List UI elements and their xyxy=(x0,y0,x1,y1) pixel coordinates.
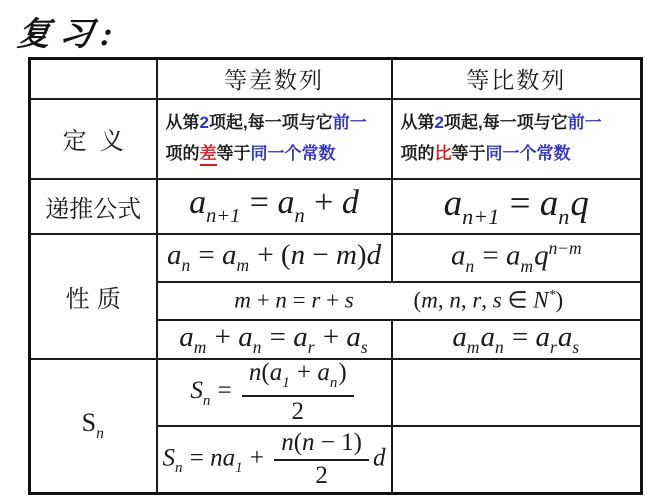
formula-token: + xyxy=(251,288,275,313)
formula-token: ) xyxy=(338,359,346,386)
formula-token: na xyxy=(210,444,235,471)
formula-token: n xyxy=(275,288,287,313)
formula-token: d xyxy=(367,239,382,271)
formula-token: n xyxy=(281,429,294,456)
formula-token: m xyxy=(234,288,251,313)
formula-token: N xyxy=(533,288,548,313)
text-segment: 项起,每一项与它 xyxy=(209,113,333,132)
formula-token: a xyxy=(346,321,361,353)
cell-sum-formula-2: Sn = na1 + n(n − 1)2d xyxy=(157,426,392,493)
text-segment: 项的 xyxy=(166,144,200,163)
header-cell-empty xyxy=(30,59,157,99)
cell-definition-arithmetic: 从第2项起,每一项与它前一项的差等于同一个常数 xyxy=(157,99,392,179)
formula-token: + xyxy=(291,359,318,386)
formula-token: S xyxy=(82,408,96,437)
sum-row-1: Sn Sn = n(a1 + an)2 xyxy=(30,359,642,426)
formula-token: n xyxy=(302,429,315,456)
cell-sum-formula-1: Sn = n(a1 + an)2 xyxy=(157,359,392,426)
formula-token: − 1) xyxy=(315,429,362,456)
formula-token: m xyxy=(421,288,438,313)
text-segment: 2 xyxy=(200,113,209,132)
cell-recurrence-arithmetic: an+1 = an + d xyxy=(157,179,392,234)
formula-token: + xyxy=(306,184,342,221)
formula-token: n xyxy=(465,256,474,276)
cell-definition-geometric: 从第2项起,每一项与它前一项的比等于同一个常数 xyxy=(392,99,642,179)
formula-token: + ( xyxy=(250,239,291,271)
formula-token: − xyxy=(305,239,336,271)
formula-token: m xyxy=(194,337,207,357)
formula-token: m xyxy=(237,255,250,275)
formula-token: n xyxy=(249,359,262,386)
formula-token: = xyxy=(191,239,222,271)
formula-token: = xyxy=(241,184,277,221)
formula-token: a xyxy=(277,184,294,221)
formula-token: s xyxy=(361,337,368,357)
sequence-comparison-table: 等差数列 等比数列 定义 从第2项起,每一项与它前一项的差等于同一个常数 从第2… xyxy=(28,57,643,495)
formula-token: n xyxy=(253,337,262,357)
formula-token: n+1 xyxy=(462,204,499,229)
header-cell-geometric: 等比数列 xyxy=(392,59,642,99)
cell-sum-geometric-empty-1 xyxy=(392,359,642,426)
definition-row: 定义 从第2项起,每一项与它前一项的差等于同一个常数 从第2项起,每一项与它前一… xyxy=(30,99,642,179)
page-title: 复习: xyxy=(15,8,126,55)
formula-token: a xyxy=(270,359,283,386)
formula-token: a xyxy=(452,321,467,353)
header-cell-arithmetic: 等差数列 xyxy=(157,59,392,99)
formula-token: n xyxy=(294,205,304,227)
formula-token: r xyxy=(311,288,320,313)
formula-token: = xyxy=(287,288,311,313)
text-segment: 等于 xyxy=(217,144,251,163)
text-segment: 同一个常数 xyxy=(486,144,571,163)
formula-token: r xyxy=(550,337,557,357)
label-properties: 性质 xyxy=(30,234,157,360)
formula-token: n xyxy=(291,239,306,271)
property-row-1: 性质 an = am + (n − m)d an = amqn−m xyxy=(30,234,642,282)
formula-token: + xyxy=(320,288,344,313)
formula-token: , xyxy=(438,288,450,313)
cell-sum-geometric-empty-2 xyxy=(392,426,642,493)
formula-token: n xyxy=(558,204,569,229)
text-segment: 前一 xyxy=(568,113,602,132)
cell-property-indices: m + n = r + s(m, n, r, s ∈ N*) xyxy=(157,282,642,320)
formula-token: n xyxy=(449,288,461,313)
formula-token: 2 xyxy=(315,462,328,489)
text-segment: 从第 xyxy=(401,113,435,132)
text-segment: 差 xyxy=(200,144,217,166)
fraction: n(n − 1)2 xyxy=(274,430,369,490)
formula-token: n xyxy=(181,255,190,275)
formula-token: * xyxy=(549,287,556,302)
formula-token: r xyxy=(472,288,481,313)
formula-token: a xyxy=(179,321,194,353)
header-row: 等差数列 等比数列 xyxy=(30,59,642,99)
formula-token: a xyxy=(540,183,559,224)
cell-property-arithmetic: an = am + (n − m)d xyxy=(157,234,392,282)
recurrence-row: 递推公式 an+1 = an + d an+1 = anq xyxy=(30,179,642,234)
formula-token: a xyxy=(506,239,521,271)
formula-token: 2 xyxy=(292,398,305,425)
formula-token: n+1 xyxy=(206,205,240,227)
label-recurrence: 递推公式 xyxy=(30,179,157,234)
formula-token: a xyxy=(317,359,330,386)
formula-token: = xyxy=(500,183,539,224)
formula-token: d xyxy=(373,444,386,471)
text-segment: 项的 xyxy=(401,144,435,163)
text-segment: 2 xyxy=(435,113,444,132)
formula-token: n xyxy=(330,375,338,391)
formula-token: m xyxy=(336,239,357,271)
formula-token: a xyxy=(558,321,573,353)
formula-token: , xyxy=(461,288,473,313)
label-sum: Sn xyxy=(30,359,157,493)
formula-token: = xyxy=(211,377,238,404)
formula-token: , xyxy=(481,288,493,313)
formula-token: d xyxy=(342,184,359,221)
formula-token: = xyxy=(184,444,211,471)
formula-token: a xyxy=(444,183,463,224)
formula-token: 1 xyxy=(235,460,243,476)
formula-token: a xyxy=(536,321,551,353)
text-segment: 项起,每一项与它 xyxy=(444,113,568,132)
formula-token: a xyxy=(167,239,182,271)
formula-token: = xyxy=(262,321,293,353)
cell-property-sum-arithmetic: am + an = ar + as xyxy=(157,320,392,360)
formula-token: n xyxy=(203,393,211,409)
formula-token: n xyxy=(175,460,183,476)
formula-token: a xyxy=(222,239,237,271)
formula-token: a xyxy=(480,321,495,353)
formula-token: a xyxy=(238,321,253,353)
formula-token: q xyxy=(570,183,589,224)
cell-recurrence-geometric: an+1 = anq xyxy=(392,179,642,234)
formula-token: + xyxy=(244,444,271,471)
formula-token: a xyxy=(189,184,206,221)
text-segment: 从第 xyxy=(166,113,200,132)
formula-token: n−m xyxy=(549,238,582,258)
formula-token: + xyxy=(316,321,347,353)
formula-token: s xyxy=(493,288,502,313)
formula-token: ( xyxy=(294,429,302,456)
cell-property-product-geometric: aman = aras xyxy=(392,320,642,360)
formula-token: m xyxy=(521,256,534,276)
formula-token: s xyxy=(572,337,579,357)
formula-token: q xyxy=(534,239,549,271)
formula-token: ) xyxy=(556,288,564,313)
formula-token: n xyxy=(96,425,104,442)
formula-token: ∈ xyxy=(502,288,534,313)
formula-token: n xyxy=(495,337,504,357)
formula-token: S xyxy=(190,377,203,404)
text-segment: 等于 xyxy=(452,144,486,163)
formula-token: a xyxy=(293,321,308,353)
formula-token: 1 xyxy=(282,375,290,391)
label-definition: 定义 xyxy=(30,99,157,179)
formula-token: = xyxy=(475,239,506,271)
formula-token: ) xyxy=(357,239,367,271)
formula-token: + xyxy=(207,321,238,353)
formula-token: S xyxy=(163,444,176,471)
text-segment: 比 xyxy=(435,144,452,163)
formula-token: m xyxy=(467,337,480,357)
formula-token: s xyxy=(345,288,354,313)
text-segment: 同一个常数 xyxy=(251,144,336,163)
formula-token: a xyxy=(451,239,466,271)
cell-property-geometric: an = amqn−m xyxy=(392,234,642,282)
text-segment: 前一 xyxy=(333,113,367,132)
formula-token: ( xyxy=(261,359,269,386)
formula-token: = xyxy=(505,321,536,353)
formula-token: r xyxy=(308,337,315,357)
fraction: n(a1 + an)2 xyxy=(242,360,354,425)
